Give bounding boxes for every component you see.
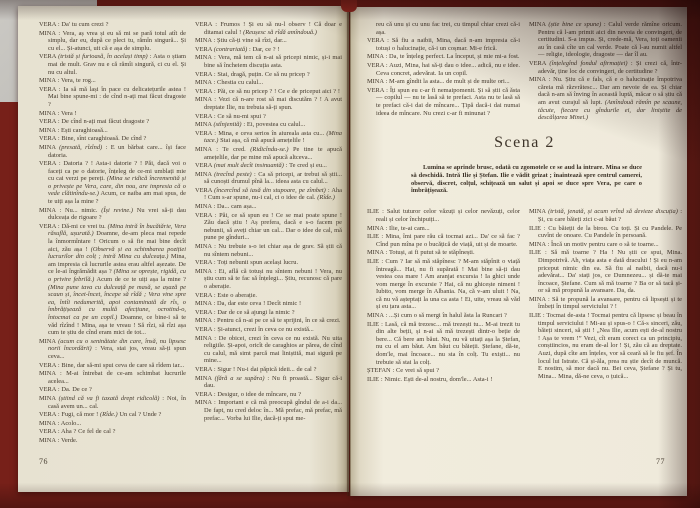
dialogue-line: MINA (acum cu o seninătate din care, îns… — [39, 338, 186, 361]
dialogue-line: VERA (tristă și furioasă, în același tim… — [39, 53, 186, 76]
page-right-bottom-column-2: MINA (tristă, jenată, și acum vrînd să d… — [529, 208, 682, 384]
dialogue-line: MINA : Te cred. (Ridicîndu-se.) Pe tine … — [195, 146, 342, 161]
page-left-column-2: VERA : Frumos ! Și eu să nu-l observ ! C… — [195, 21, 342, 445]
dialogue-line: VERA : Datoria ? ! Asta-i datorie ? ! Pă… — [39, 160, 186, 206]
dialogue-line: MINA : Da, dar este ceva ! Decît nimic ! — [195, 300, 342, 308]
book-page-right: reu că unu și cu unu fac trei, cu timpul… — [350, 7, 687, 496]
page-left-columns: VERA : Da' tu cum crezi ?MINA : Vera, aș… — [39, 21, 342, 445]
dialogue-line: ILIE : Să mă toarne ? Ha ! Nu știi ce sp… — [529, 249, 682, 295]
dialogue-line: MINA : Totuși, ai fi putut să te stăpîne… — [367, 249, 520, 257]
dialogue-line: ILIE : Mina, îmi pare rău că tocmai azi.… — [367, 233, 520, 248]
dialogue-line: ILIE : Cum ? Iar să mă stăpînesc ? M-am … — [367, 258, 520, 311]
dialogue-line: ILIE : Nimic. Ești de-al nostru, dom'le.… — [367, 376, 520, 384]
page-right-top-column-2: MINA (știe bine ce spune) : Calul verde … — [529, 21, 682, 123]
dialogue-line: MINA : Da... cam așa... — [195, 203, 342, 211]
dialogue-line: MINA (presată, rîzînd) : E un bărbat car… — [39, 144, 186, 159]
dialogue-line: VERA (contrariată) : Dar, ce ? ! — [195, 46, 342, 54]
dialogue-line: MINA : M-am gîndit la asta... de mult și… — [367, 78, 520, 86]
dialogue-line: ȘTEFAN : Ce vrei să spui ? — [367, 367, 520, 375]
page-right-top-columns: reu că unu și cu unu fac trei, cu timpul… — [367, 21, 682, 123]
dialogue-line: MINA : Verde. — [39, 437, 186, 445]
dialogue-line: VERA : Ce să nu-mi spui ? — [195, 113, 342, 121]
dialogue-line: MINA : Da, te înțeleg perfect. La începu… — [367, 53, 520, 61]
page-right-content: reu că unu și cu unu fac trei, cu timpul… — [350, 7, 687, 496]
dialogue-line: MINA : Să te propună la avansare, pentru… — [529, 296, 682, 311]
scene-stage-direction: Lumina se aprinde brusc, odată cu zgomot… — [411, 164, 642, 196]
dialogue-line: MINA : Vera, aș vrea și eu să mi se pară… — [39, 30, 186, 53]
page-right-top-column-1: reu că unu și cu unu fac trei, cu timpul… — [367, 21, 520, 123]
dialogue-line: VERA : De cînd n-ați mai făcut dragoste … — [39, 118, 186, 126]
dialogue-line: ILIE : Tocmai de-asta ! Tocmai pentru că… — [529, 312, 682, 380]
dialogue-line: VERA : Da' tu cum crezi ? — [39, 21, 186, 29]
dialogue-line: VERA : Desigur, o idee de mîncare, nu ? — [195, 391, 342, 399]
dialogue-line: MINA : Știu că-ți vine să rîzi, dar... — [195, 37, 342, 45]
page-left-content: VERA : Da' tu cum crezi ?MINA : Vera, aș… — [18, 6, 349, 492]
dialogue-line: MINA : Important e că mă preocupă gîndul… — [195, 399, 342, 422]
dialogue-line: VERA : Păi, ce să nu pricep ? ! Ce e de … — [195, 88, 342, 96]
dialogue-line: VERA (mai mult decît insinuantă) : Te cr… — [195, 162, 342, 170]
dialogue-line: MINA (știind că va fi taxată drept ridic… — [39, 395, 186, 410]
dialogue-line: MINA : Vera ! — [39, 110, 186, 118]
dialogue-line: VERA : Toți nebunii spun același lucru. — [195, 259, 342, 267]
book-page-left: VERA : Da' tu cum crezi ?MINA : Vera, aș… — [18, 6, 349, 492]
dialogue-line: VERA : Stai, dragă, puțin. Ce să nu pric… — [195, 71, 342, 79]
dialogue-line: MINA : Vera, mă tem că n-ai să pricepi n… — [195, 54, 342, 69]
dialogue-line: reu că unu și cu unu fac trei, cu timpul… — [367, 21, 520, 36]
dialogue-line: MINA (stînjenită) : Ei, povestea cu calu… — [195, 121, 342, 129]
book-gutter-shadow — [347, 4, 351, 496]
dialogue-line: MINA : Încă un motiv pentru care o să te… — [529, 241, 682, 249]
dialogue-line: MINA : Pentru că n-ai pe ce să te spriji… — [195, 317, 342, 325]
dialogue-line: MINA : Nu... nimic. (Își revine.) Nu vre… — [39, 207, 186, 222]
dialogue-line: VERA : Mina, e ceva serios în aiureala a… — [195, 130, 342, 145]
dialogue-line: MINA : M-ai întrebat de ce-am schimbat l… — [39, 370, 186, 385]
dialogue-line: MINA : De obicei, crezi în ceva ce nu ex… — [195, 335, 342, 365]
page-left-column-1: VERA : Da' tu cum crezi ?MINA : Vera, aș… — [39, 21, 186, 445]
dialogue-line: VERA : Dar de ce să ajungi la nimic ? — [195, 309, 342, 317]
book-spine-headband — [341, 0, 357, 12]
page-number-right: 77 — [656, 457, 665, 466]
dialogue-line: MINA : Nu trebuie s-o iei chiar așa de g… — [195, 243, 342, 258]
dialogue-line: MINA : Vera, te rog... — [39, 77, 186, 85]
dialogue-line: VERA : Să fiu a naibii, Mina, dacă n-am … — [367, 37, 520, 52]
dialogue-line: MINA : Acolo... — [39, 420, 186, 428]
dialogue-line: VERA : Fugi, că mor ! (Rîde.) Un cal ? U… — [39, 411, 186, 419]
dialogue-line: VERA : Sigur ! Nu-i dai păpică ideii... … — [195, 366, 342, 374]
dialogue-line: VERA : Este o aberație. — [195, 292, 342, 300]
dialogue-line: MINA : ...Și cum o să mergi în halul ăst… — [367, 312, 520, 320]
dialogue-line: VERA : Îți spun eu c-ar fi nemaipomenit.… — [367, 87, 520, 117]
dialogue-line: VERA : Frumos ! Și eu să nu-l observ ! C… — [195, 21, 342, 36]
dialogue-line: ILIE : Salut tuturor celor văzuți și cel… — [367, 208, 520, 223]
dialogue-line: MINA : Chestia cu calul... — [195, 79, 342, 87]
dialogue-line: MINA (fără a se supăra) : Nu fi proastă.… — [195, 375, 342, 390]
dialogue-line: VERA (înțelegînd fondul afirmației) : Și… — [529, 60, 682, 75]
dialogue-line: VERA : Aha ? Ce fel de cal ? — [39, 428, 186, 436]
dialogue-line: VERA : Și-atunci, crezi în ceva ce nu ex… — [195, 326, 342, 334]
dialogue-line: MINA (tristă, jenată, și acum vrînd să d… — [529, 208, 682, 223]
dialogue-line: VERA : Dă-mi ce vrei tu. (Mina intră în … — [39, 223, 186, 337]
dialogue-line: MINA : Vezi că n-are rost să mai discută… — [195, 96, 342, 111]
dialogue-line: MINA (trecînd peste) : Ca să pricepi, ar… — [195, 171, 342, 186]
dialogue-line: MINA (știe bine ce spune) : Calul verde … — [529, 21, 682, 59]
dialogue-line: MINA : Ilie, te-ai cam... — [367, 225, 520, 233]
dialogue-line: ILIE : Cu băieții de la birou. Cu toți. … — [529, 225, 682, 240]
dialogue-line: MINA : Ești caraghioasă... — [39, 127, 186, 135]
scene-heading: Scena 2 — [367, 134, 682, 152]
dialogue-line: VERA : Bine, sînt caraghioasă. De cînd ? — [39, 135, 186, 143]
dialogue-line: VERA : Da. De ce ? — [39, 386, 186, 394]
dialogue-line: VERA : Păi, ce să spun eu ! Ce se mai po… — [195, 212, 342, 242]
dialogue-line: VERA : Bine, dar să-mi spui ceva de care… — [39, 362, 186, 370]
dialogue-line: MINA : Nu. Știu că e fals, că e o haluci… — [529, 76, 682, 122]
dialogue-line: VERA : Auzi, Mina, hai să-ți dau o idee.… — [367, 62, 520, 77]
dialogue-line: ILIE : Lasă, că mă trezesc... mă trezeșt… — [367, 321, 520, 367]
page-right-bottom-column-1: ILIE : Salut tuturor celor văzuți și cel… — [367, 208, 520, 384]
dialogue-line: VERA (încercînd să iasă din stupoare, pe… — [195, 187, 342, 202]
dialogue-line: VERA : Ia să mă lași în pace cu delicate… — [39, 86, 186, 109]
page-number-left: 76 — [39, 457, 48, 466]
dialogue-line: MINA : Ei, află că totuși nu sîntem nebu… — [195, 268, 342, 291]
page-right-bottom-columns: ILIE : Salut tuturor celor văzuți și cel… — [367, 208, 682, 384]
